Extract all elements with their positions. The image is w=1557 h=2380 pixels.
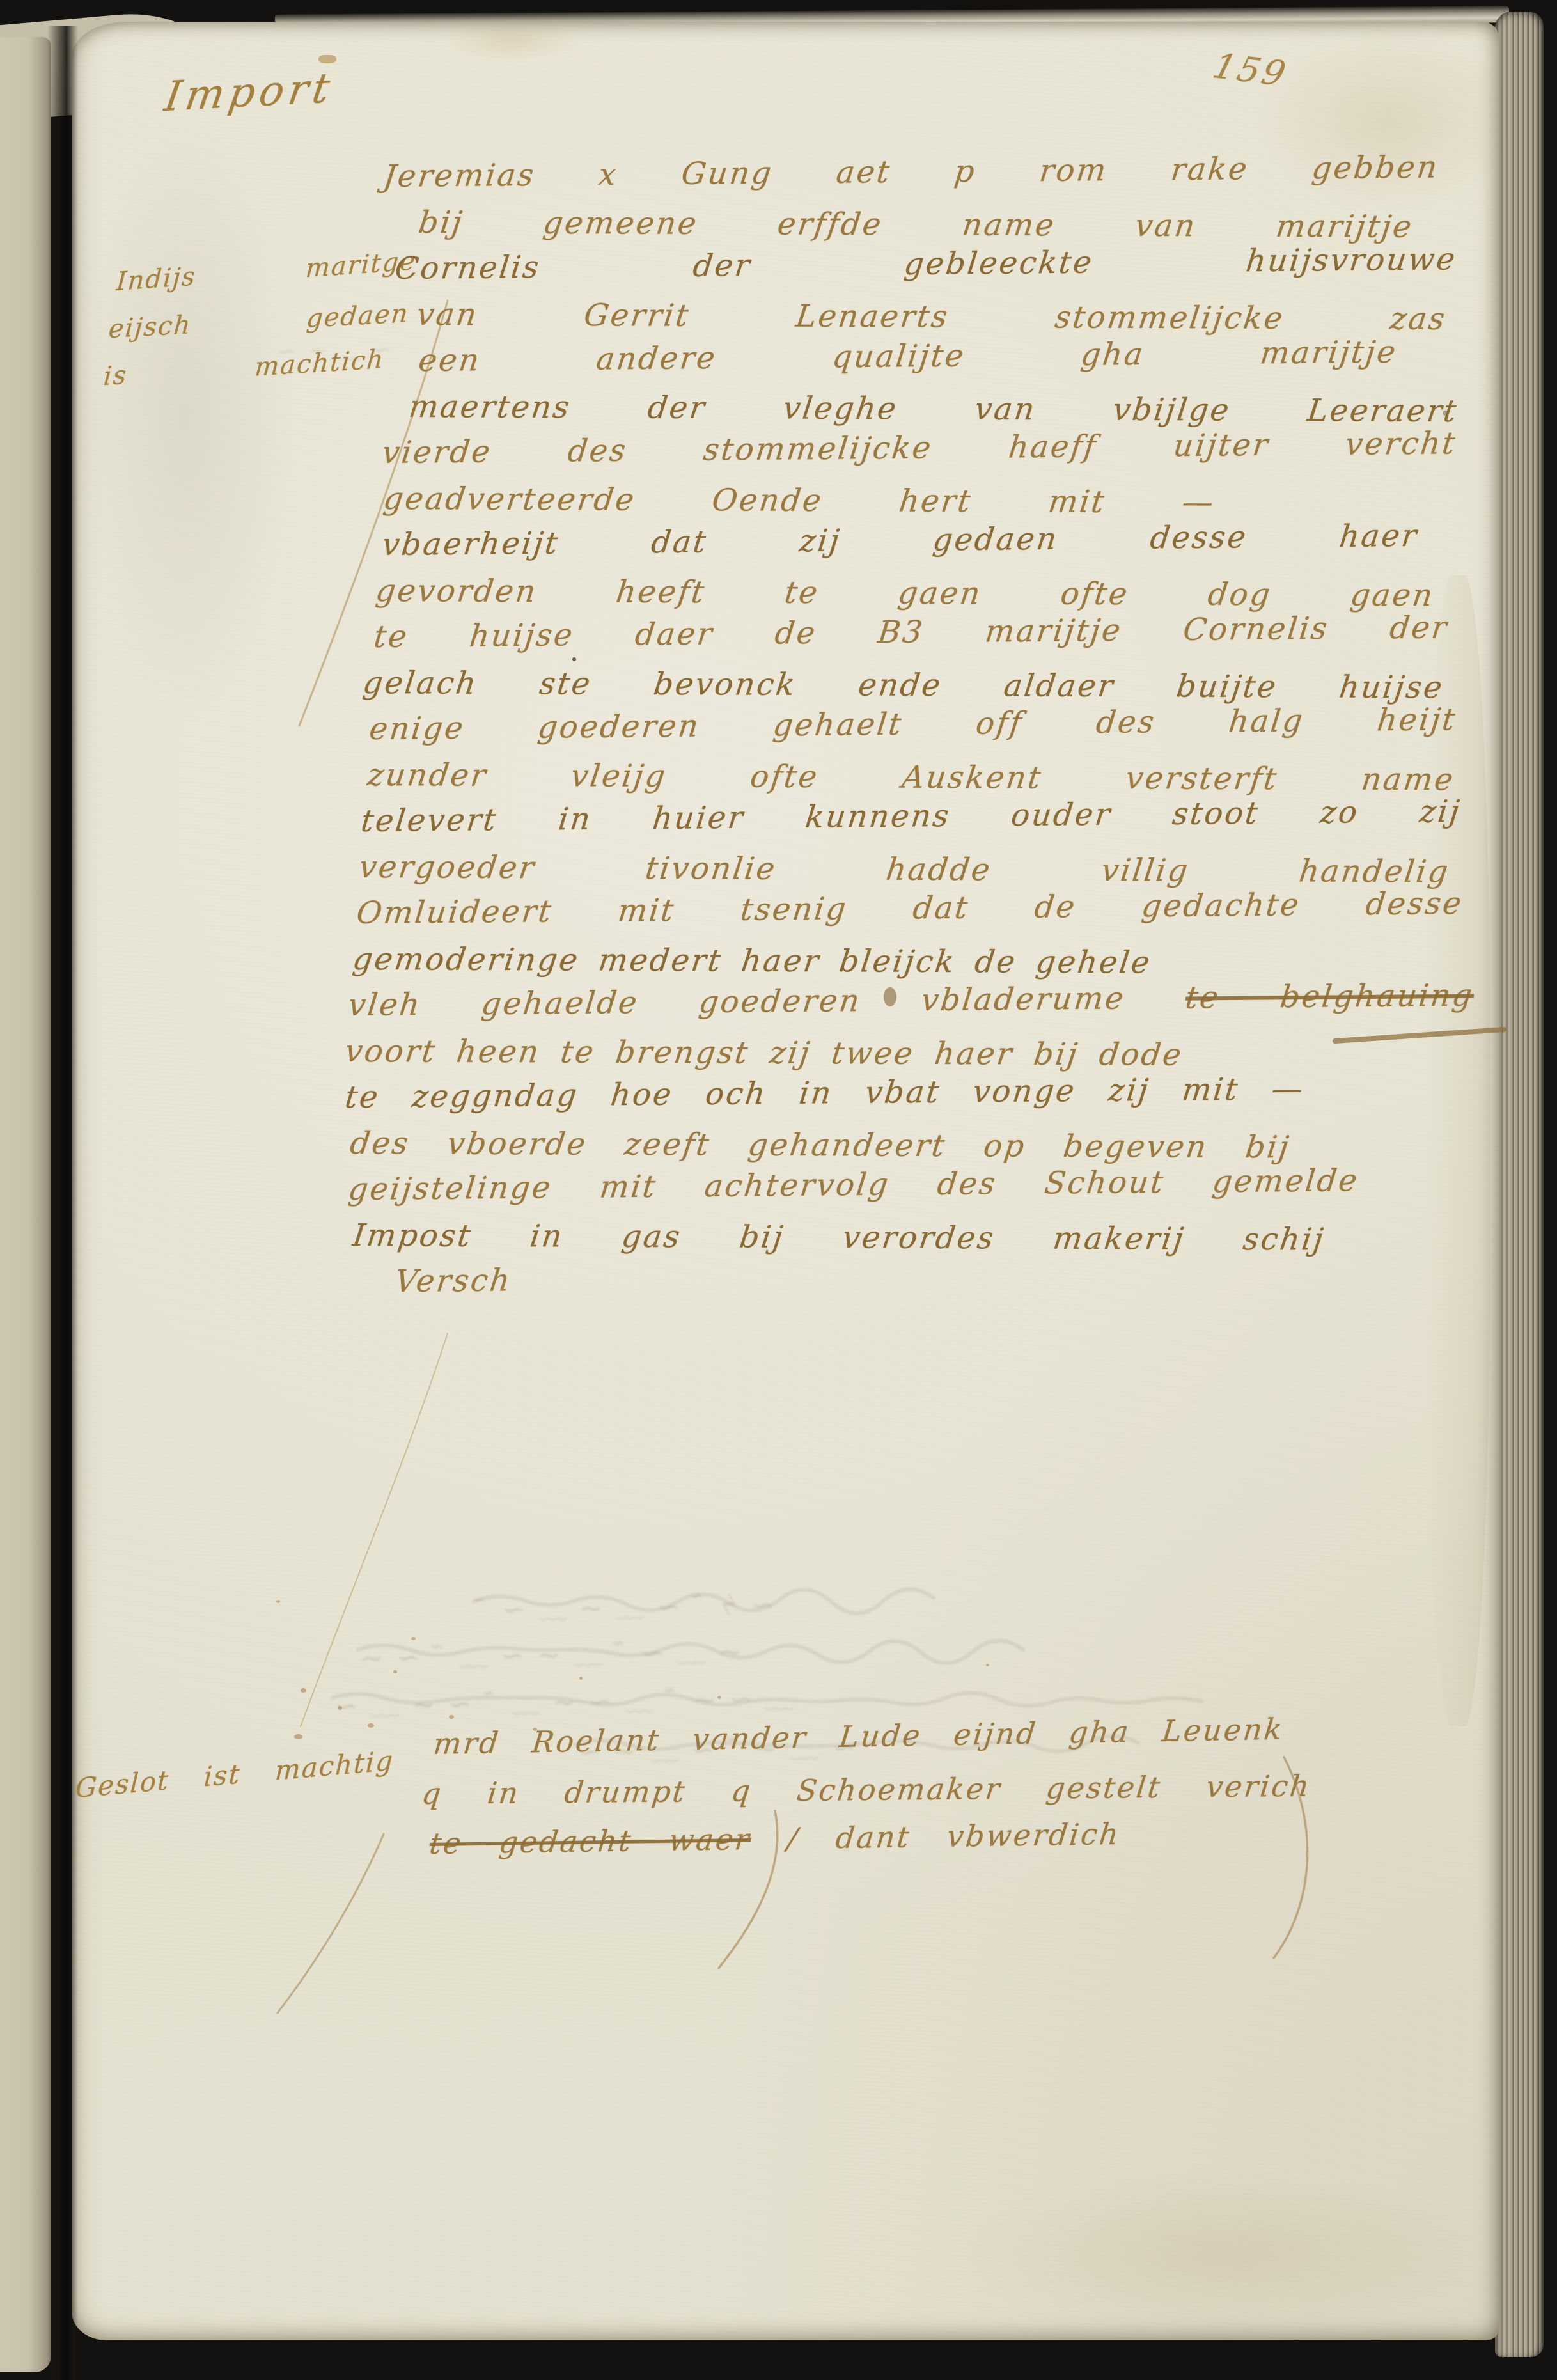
header-annotation: Import (161, 65, 337, 121)
main-text-line: voort heen te brengst zij twee haer bij … (343, 1033, 1185, 1073)
main-text-line: vergoeder tivonlie hadde villig handelig (357, 849, 1451, 889)
main-text-line: zunder vleijg ofte Auskent versterft nam… (365, 757, 1457, 797)
after-struck-text: / dant vbwerdich (786, 1817, 1122, 1856)
main-text-line: geadverteerde Oende hert mit — (381, 481, 1217, 521)
struck-text: te gedacht waer (428, 1822, 753, 1861)
main-text-line: des vboerde zeeft gehandeert op begeven … (348, 1125, 1292, 1165)
book-fore-edge (1495, 12, 1544, 2357)
main-text-line: gevorden heeft te gaen ofte dog gaen (373, 573, 1436, 613)
bleedthrough-text: ﹏ ∼ ∽ ˜ ﹏ ∼ ∽ ﹏ ˜ ∼ ∽ ﹏ ∼ (332, 1675, 794, 1725)
gutter-shadow (47, 26, 78, 2380)
manuscript-scan: Import 159 Indijs maritge eijsch gedaen … (0, 0, 1557, 2380)
main-text-line: Versch (393, 1262, 544, 1299)
main-text-line: gemoderinge medert haer bleijck de gehel… (350, 941, 1148, 980)
main-text-line: bij gemeene erffde name van marijtje (416, 205, 1415, 245)
bleedthrough-text: ∽ ﹏ ∼ ˜ ﹏ ∽ ∼ ﹏ ˜ ∼ ∽ (357, 1629, 742, 1676)
bleedthrough-text: ~ ϟ ˜ ∼ ﹏ ∽ ﹏ ∼ ˜ (473, 1582, 774, 1628)
facing-page-edge (0, 37, 51, 2372)
main-text-line-start: vleh gehaelde goederen vbladerume (347, 980, 1127, 1023)
struck-text: te belghauing (1184, 978, 1476, 1016)
main-text-line: van Gerrit Lenaerts stommelijcke zas (414, 297, 1448, 337)
main-text-line: gelach ste bevonck ende aldaer buijte hu… (361, 665, 1446, 705)
main-text-line: maertens der vleghe van vbijlge Leeraert (407, 389, 1460, 429)
main-text-line: Impost in gas bij verordes makerij schij (350, 1217, 1327, 1258)
